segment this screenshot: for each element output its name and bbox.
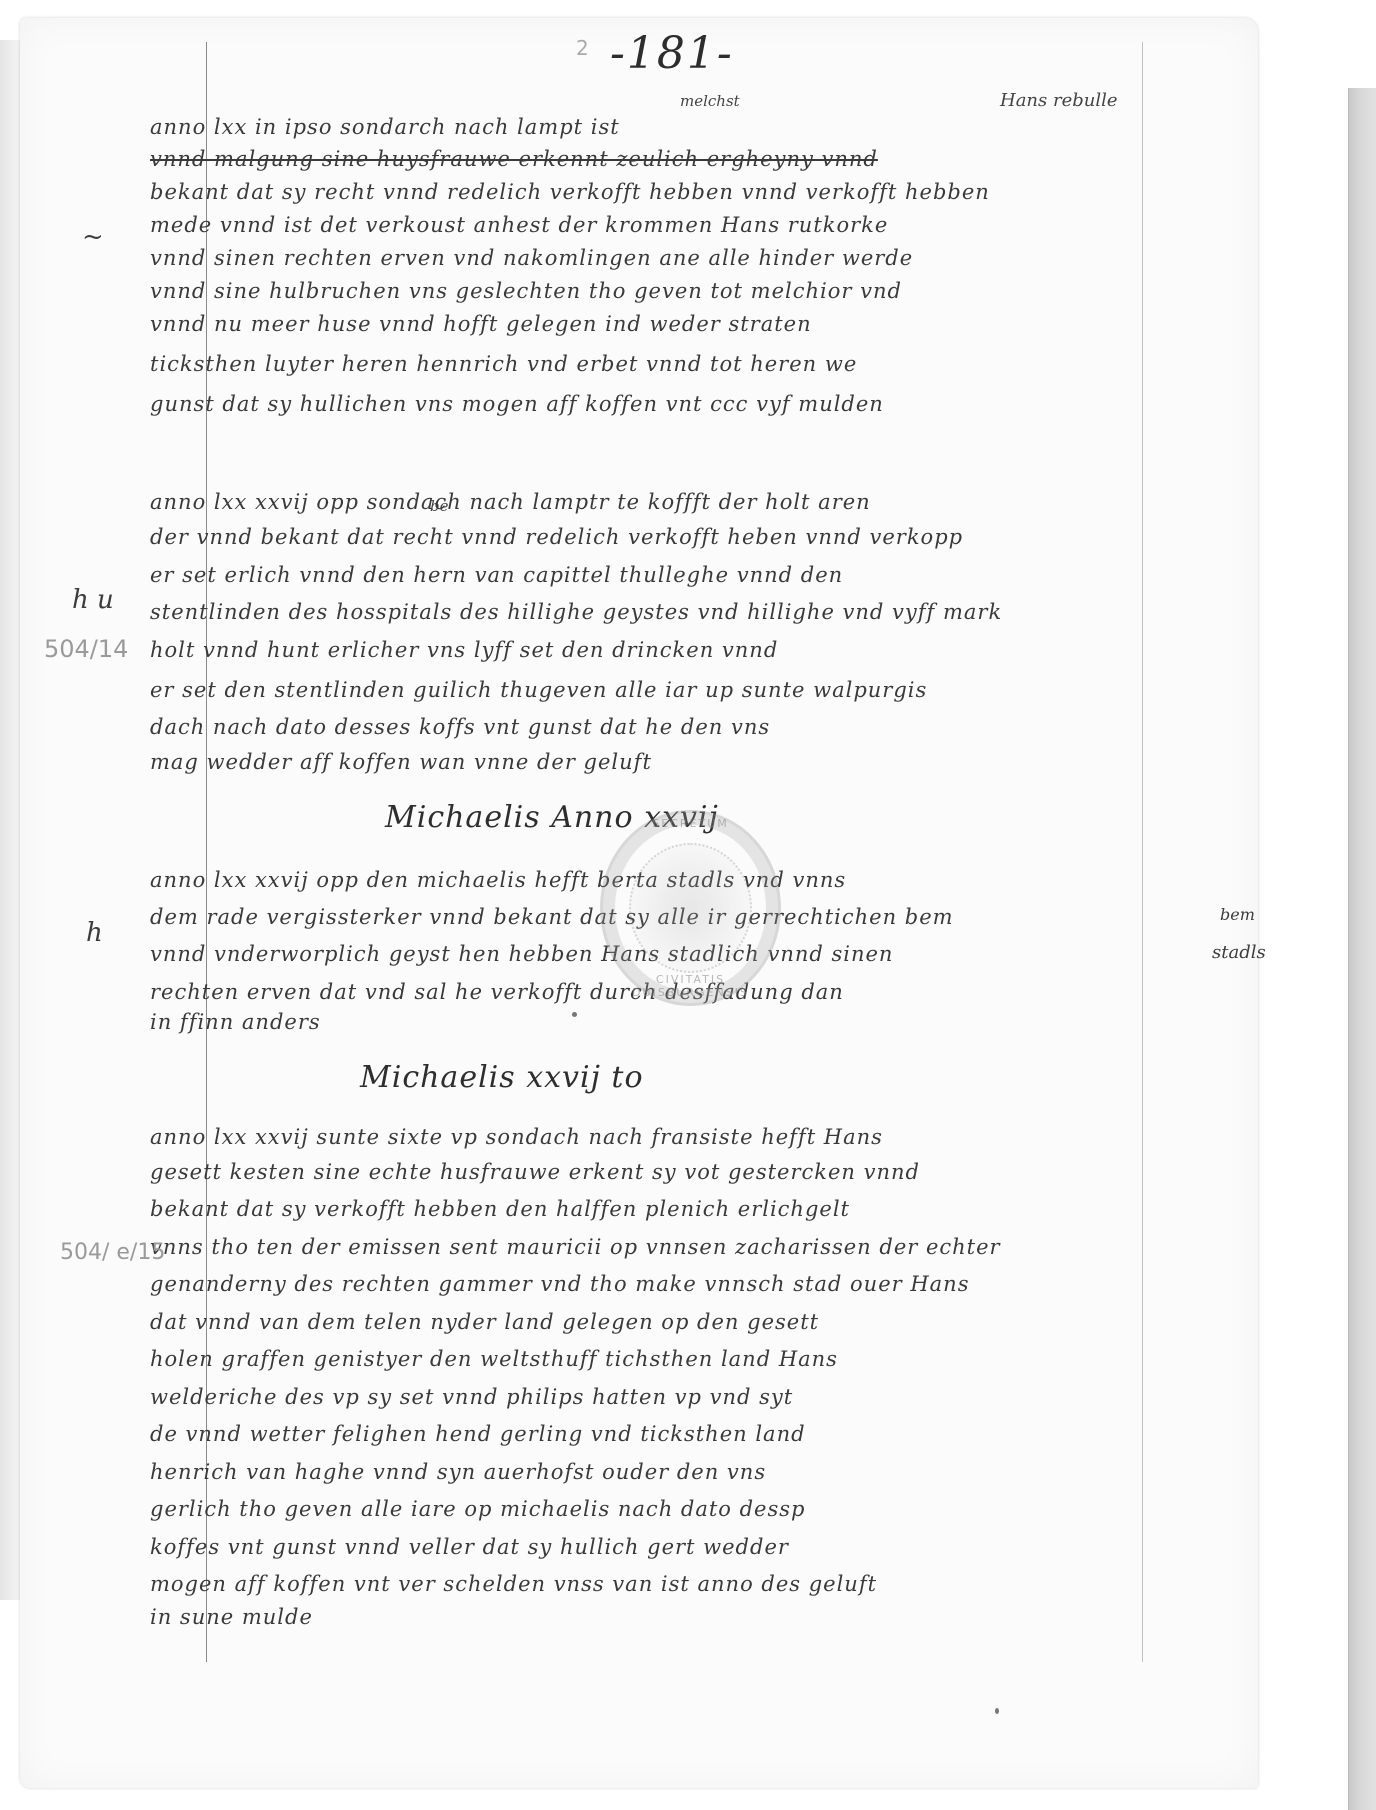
entry-4-line: welderiche des vp sy set vnnd philips ha… [150, 1385, 793, 1411]
entry-4-line: in sune mulde [150, 1605, 313, 1631]
entry-4-line: anno lxx xxvij sunte sixte vp sondach na… [150, 1125, 883, 1151]
entry-4-line: bekant dat sy verkofft hebben den halffe… [150, 1197, 850, 1223]
entry-4-line: vnns tho ten der emissen sent mauricii o… [150, 1235, 1001, 1261]
entry-4-line: dat vnnd van dem telen nyder land gelege… [150, 1310, 819, 1336]
entry-2-line: stentlinden des hosspitals des hillighe … [150, 600, 1002, 626]
entry-4-line: mogen aff koffen vnt ver schelden vnss v… [150, 1572, 877, 1598]
entry-1-line: vnnd sine hulbruchen vns geslechten tho … [150, 279, 902, 305]
entry-2-line: dach nach dato desses koffs vnt gunst da… [150, 715, 770, 741]
section-heading: Michaelis xxvij to [360, 1060, 644, 1095]
entry-2-line: er set erlich vnnd den hern van capittel… [150, 563, 843, 589]
entry-4-line: koffes vnt gunst vnnd veller dat sy hull… [150, 1535, 789, 1561]
entry-3-line: vnnd vnderworplich geyst hen hebben Hans… [150, 942, 893, 968]
pencil-archive-reference: 504/ e/15 [60, 1240, 165, 1266]
entry-4-line: holen graffen genistyer den weltsthuff t… [150, 1347, 838, 1373]
underlying-page-edge [0, 40, 22, 1600]
entry-1-line: mede vnnd ist det verkoust anhest der kr… [150, 213, 888, 239]
margin-mark: h [86, 918, 103, 948]
interlinear-note: Hans rebulle [1000, 90, 1118, 111]
interlinear-note: melchst [680, 92, 740, 110]
pencil-archive-reference: 504/14 [44, 635, 128, 663]
entry-3-line: dem rade vergissterker vnnd bekant dat s… [150, 905, 954, 931]
entry-4-line: gerlich tho geven alle iare op michaelis… [150, 1497, 805, 1523]
folio-prefix-faint: 2 [576, 36, 589, 60]
margin-mark: h u [72, 585, 114, 615]
entry-4-line: genanderny des rechten gammer vnd tho ma… [150, 1272, 970, 1298]
ink-speck [995, 1708, 999, 1714]
ink-speck [572, 1012, 577, 1017]
entry-2-line: holt vnnd hunt erlicher vns lyff set den… [150, 638, 778, 664]
seal-emblem [629, 843, 752, 973]
archive-seal-stamp: SECRETUM CIVITATIS DUISBURGENSIS [600, 810, 781, 1006]
margin-mark: ~ [82, 222, 104, 252]
entry-1-line: ticksthen luyter heren hennrich vnd erbe… [150, 352, 857, 378]
right-margin-note: bem [1220, 905, 1255, 924]
entry-2-line: der vnnd bekant dat recht vnnd redelich … [150, 525, 963, 551]
seal-text-bottom: CIVITATIS DUISBURGENSIS [603, 973, 778, 999]
entry-4-line: henrich van haghe vnnd syn auerhofst oud… [150, 1460, 766, 1486]
entry-1-line: vnnd malgung sine huysfrauwe erkennt zeu… [150, 147, 878, 173]
entry-4-line: gesett kesten sine echte husfrauwe erken… [150, 1160, 920, 1186]
entry-4-line: de vnnd wetter felighen hend gerling vnd… [150, 1422, 806, 1448]
entry-2-line: mag wedder aff koffen wan vnne der geluf… [150, 750, 652, 776]
entry-1-line: anno lxx in ipso sondarch nach lampt ist [150, 115, 620, 141]
adjacent-leaf-edge [1348, 88, 1376, 1810]
entry-1-line: vnnd sinen rechten erven vnd nakomlingen… [150, 246, 913, 272]
entry-1-line: vnnd nu meer huse vnnd hofft gelegen ind… [150, 312, 812, 338]
entry-1-line: bekant dat sy recht vnnd redelich verkof… [150, 180, 990, 206]
right-margin-rule [1142, 42, 1143, 1662]
right-margin-note: stadls [1212, 942, 1266, 963]
entry-2-line: anno lxx xxvij opp sondach nach lamptr t… [150, 490, 871, 516]
seal-text-top: SECRETUM [603, 817, 778, 830]
entry-3-line: in ffinn anders [150, 1010, 321, 1036]
entry-1-line: gunst dat sy hullichen vns mogen aff kof… [150, 392, 884, 418]
entry-2-line: er set den stentlinden guilich thugeven … [150, 678, 927, 704]
folio-number: -181- [610, 28, 734, 79]
